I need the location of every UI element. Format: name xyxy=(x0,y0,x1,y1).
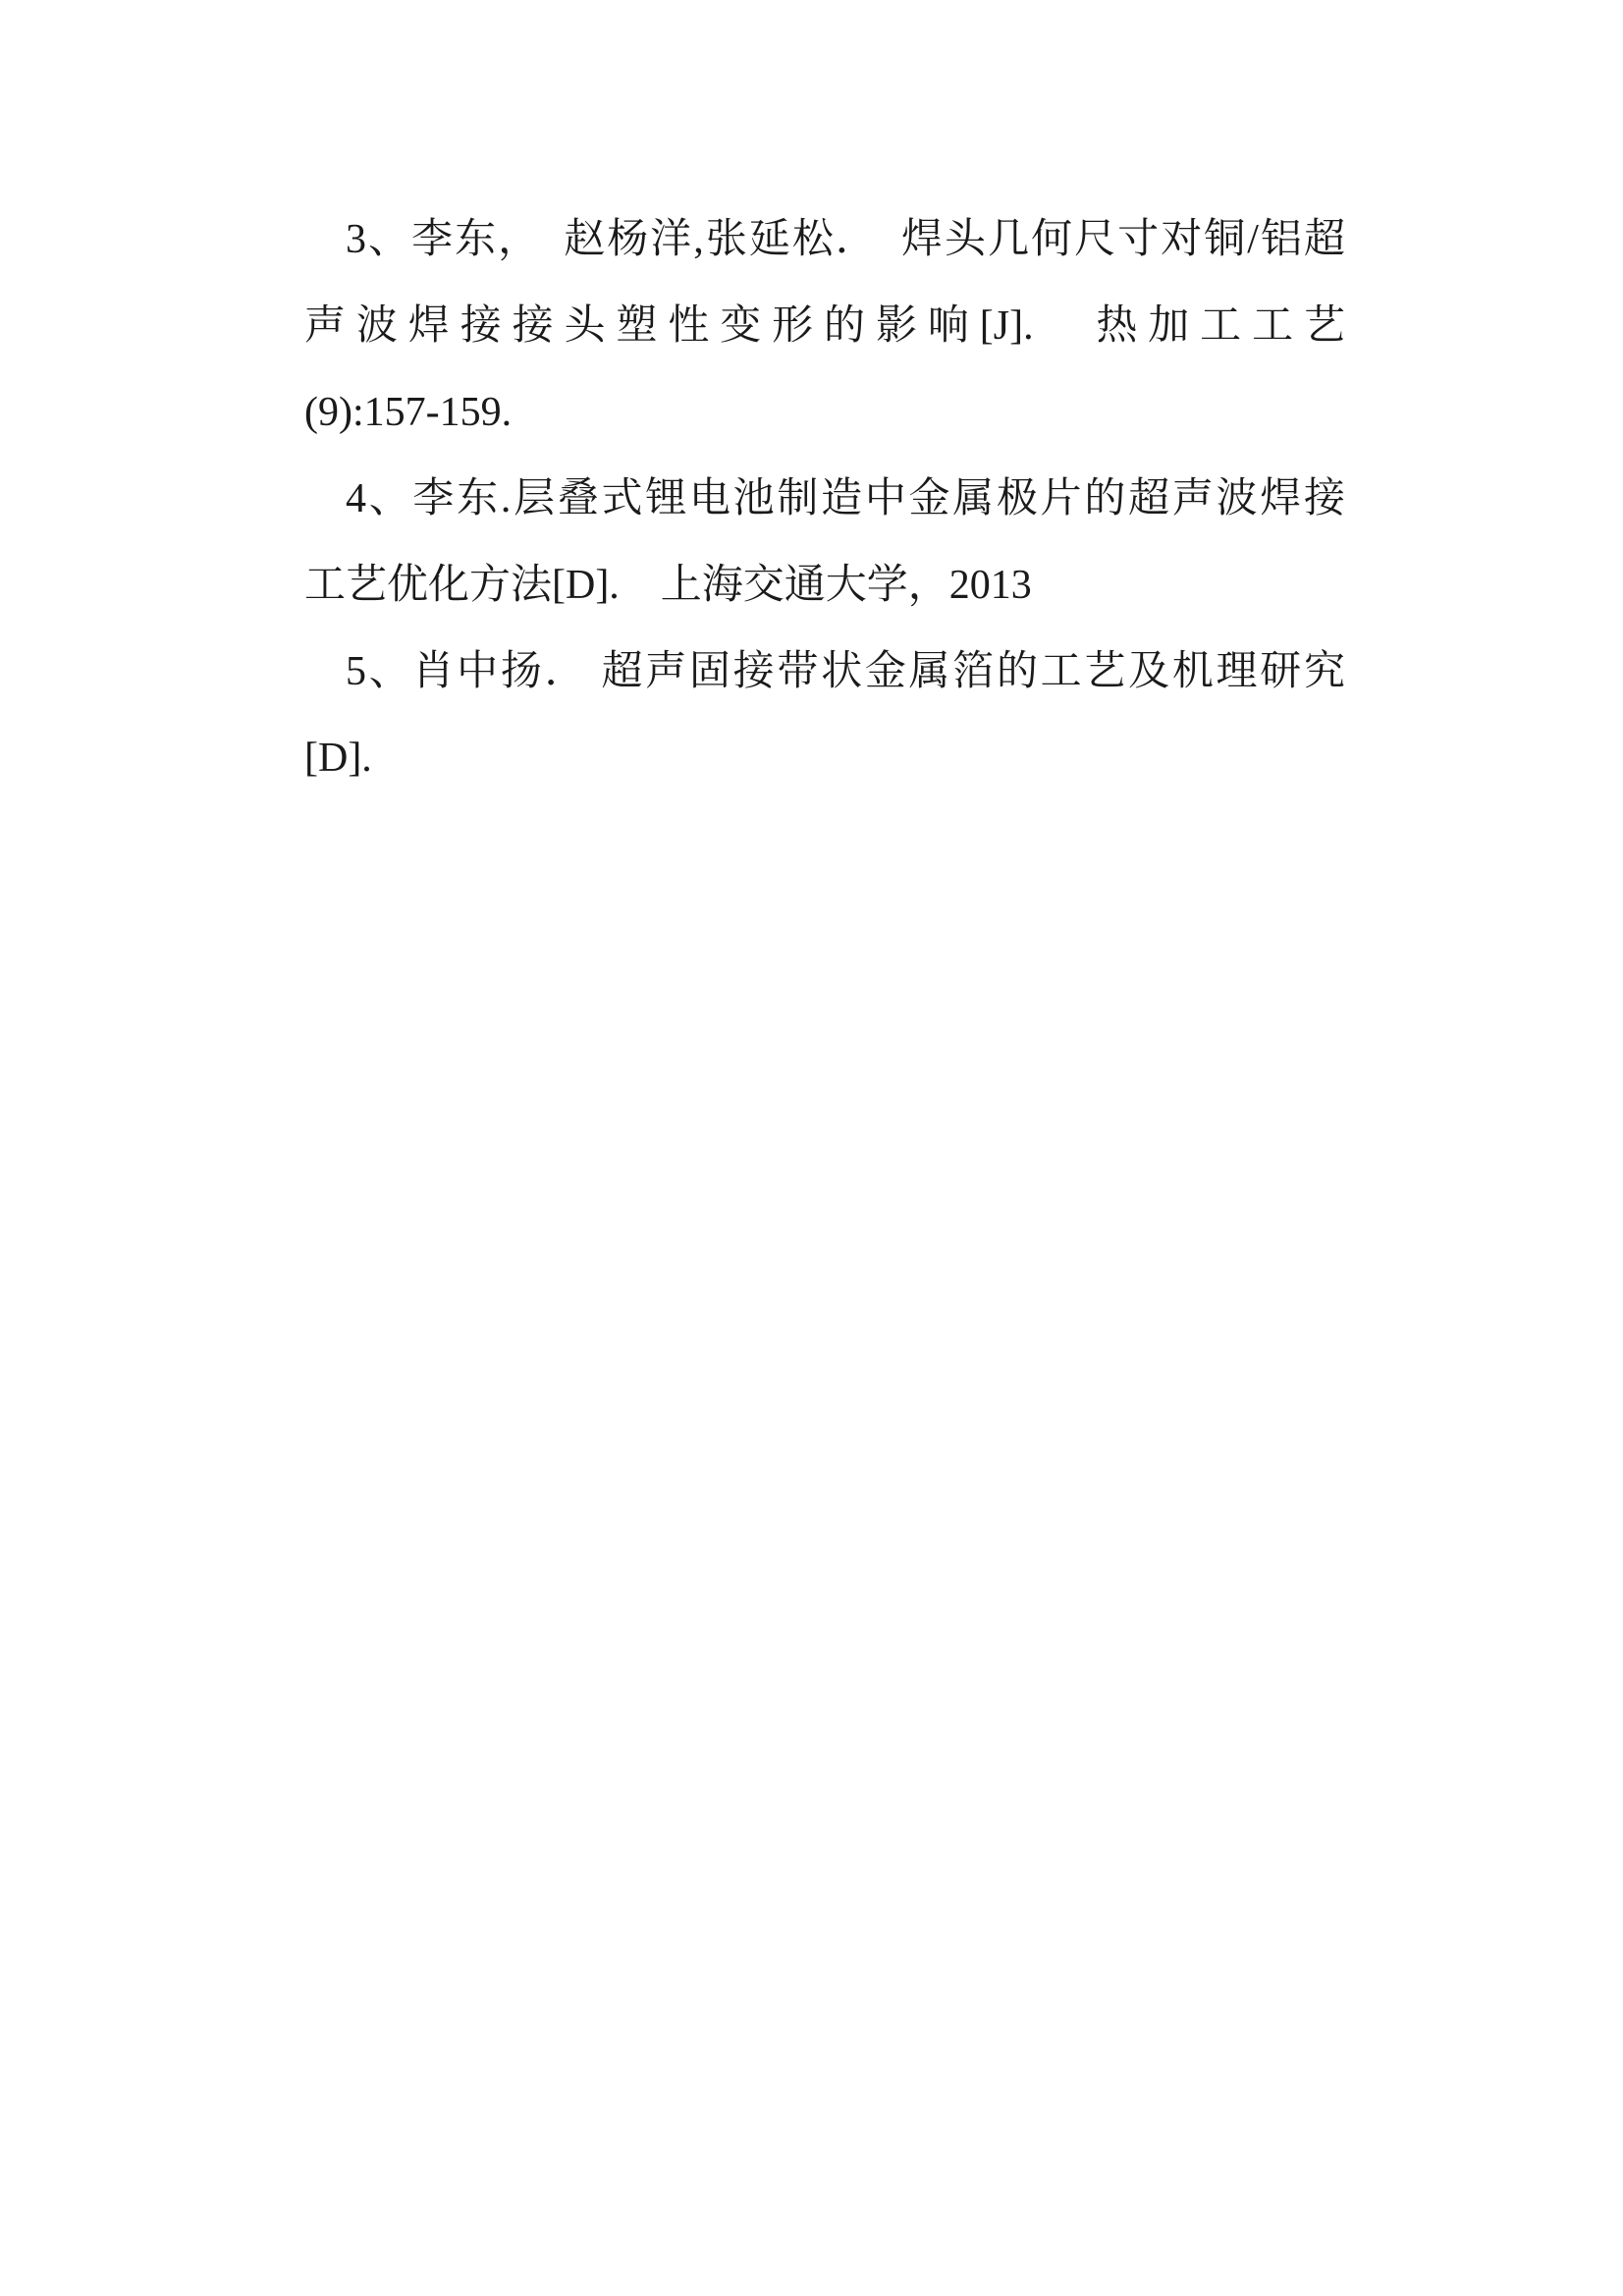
reference-4-line-1: 4、李东.层叠式锂电池制造中金属极片的超声波焊接 xyxy=(304,456,1345,542)
document-page: 3、李东， 赵杨洋,张延松． 焊头几何尺寸对铜/铝超 声波焊接接头塑性变形的影响… xyxy=(0,0,1623,2296)
reference-list: 3、李东， 赵杨洋,张延松． 焊头几何尺寸对铜/铝超 声波焊接接头塑性变形的影响… xyxy=(304,196,1345,801)
reference-5-line-1: 5、肖中扬． 超声固接带状金属箔的工艺及机理研究 xyxy=(304,629,1345,715)
reference-3-line-3: (9):157-159. xyxy=(304,369,1345,456)
reference-3-line-1: 3、李东， 赵杨洋,张延松． 焊头几何尺寸对铜/铝超 xyxy=(304,196,1345,283)
reference-5-line-2: [D]. xyxy=(304,715,1345,801)
reference-4-line-2: 工艺优化方法[D]. 上海交通大学，2013 xyxy=(304,542,1345,629)
reference-3-line-2: 声波焊接接头塑性变形的影响[J]. 热加工工艺 xyxy=(304,283,1345,369)
